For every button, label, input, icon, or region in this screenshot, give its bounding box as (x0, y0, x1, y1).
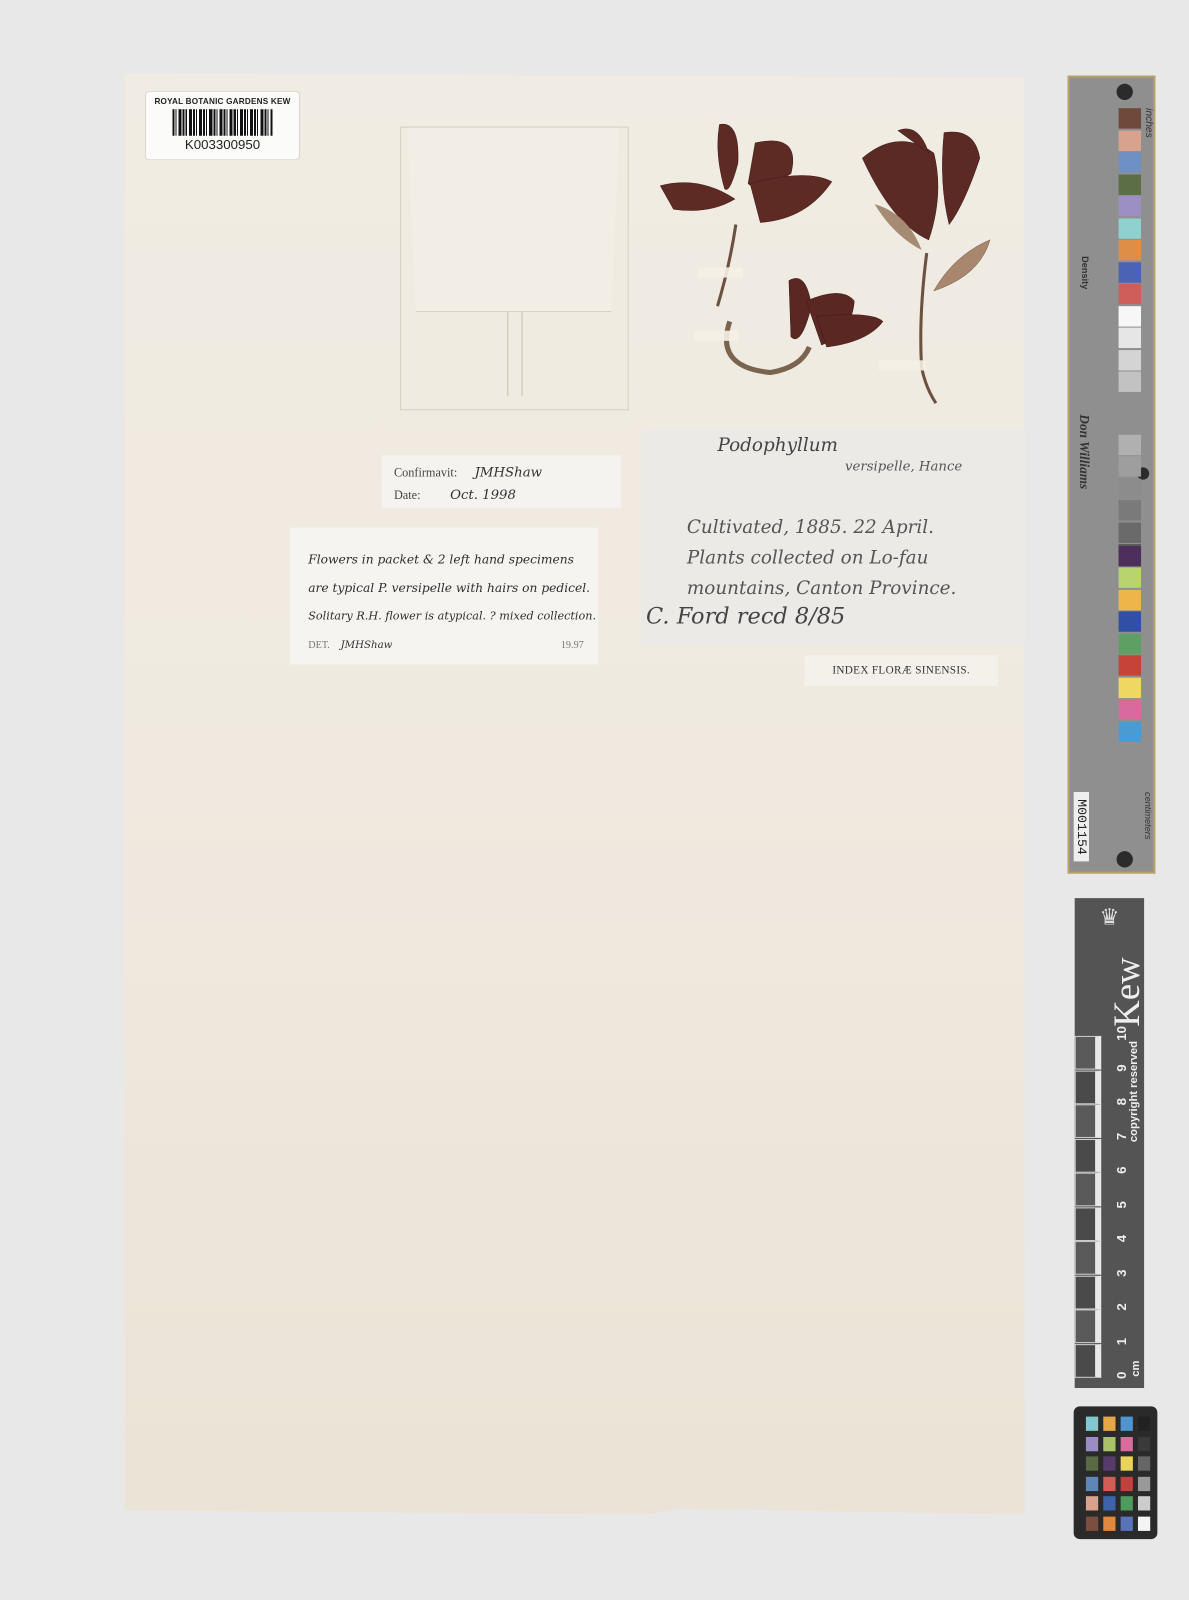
color-patch (1119, 655, 1141, 675)
ruler-tick-label: 2 (1114, 1297, 1129, 1317)
cm-unit-label: cm (1130, 1361, 1142, 1377)
checker-swatch (1138, 1456, 1150, 1470)
color-patch (1119, 478, 1141, 498)
checker-swatch (1138, 1417, 1150, 1431)
determination-label: Flowers in packet & 2 left hand specimen… (290, 528, 598, 665)
color-patch (1119, 589, 1141, 609)
kew-logo: Kew (1105, 957, 1148, 1026)
checker-swatch (1086, 1456, 1098, 1470)
checker-swatch (1138, 1476, 1150, 1490)
checker-swatch (1121, 1417, 1133, 1431)
collector-signature: C. Ford recd 8/85 (646, 604, 845, 630)
checker-swatch (1103, 1456, 1115, 1470)
det-note-line: Solitary R.H. flower is atypical. ? mixe… (308, 609, 596, 622)
ruler-tick-label: 7 (1114, 1126, 1129, 1146)
ruler-segment (1075, 1070, 1102, 1104)
det-year: 19.97 (561, 640, 584, 651)
color-patch (1119, 611, 1141, 631)
ruler-segment (1075, 1275, 1102, 1309)
taxon-genus: Podophyllum (717, 435, 837, 456)
ruler-tick-label: 0 (1114, 1365, 1129, 1385)
color-bar-id: M001154 (1074, 792, 1089, 861)
confirmation-label: Confirmavit: JMHShaw Date: Oct. 1998 (382, 455, 621, 508)
taxon-species: versipelle, Hance (845, 459, 962, 474)
ruler-segment (1075, 1138, 1102, 1172)
specimen-flowers (638, 112, 1005, 408)
det-key: DET. (308, 640, 330, 651)
color-patch (1119, 218, 1141, 238)
herbarium-sheet-photo: ROYAL BOTANIC GARDENS KEW K003300950 (0, 0, 1189, 1600)
color-patch (1119, 306, 1141, 326)
ruler-segment (1075, 1344, 1102, 1378)
checker-swatch (1103, 1436, 1115, 1450)
checker-swatch (1138, 1516, 1150, 1530)
kew-scale-ruler: ♛ Kew copyright reserved cm 012345678910 (1075, 898, 1144, 1388)
barcode-icon (172, 109, 272, 136)
color-patch (1119, 196, 1141, 216)
checker-swatch (1086, 1436, 1098, 1450)
ruler-tick-label: 9 (1114, 1057, 1129, 1077)
ruler-tick-label: 3 (1114, 1262, 1129, 1282)
copyright-text: copyright reserved (1128, 1041, 1140, 1142)
checker-swatch (1086, 1496, 1098, 1510)
color-patch (1119, 677, 1141, 697)
checker-swatch (1086, 1516, 1098, 1530)
checker-swatch (1121, 1436, 1133, 1450)
ruler-tick-label: 10 (1114, 1023, 1129, 1043)
density-label: Density (1080, 256, 1090, 289)
checker-swatch (1103, 1476, 1115, 1490)
checker-swatch (1121, 1496, 1133, 1510)
packet-slit (522, 312, 523, 396)
date-value: Oct. 1998 (450, 488, 516, 503)
color-patch (1119, 328, 1141, 348)
color-patch (1119, 262, 1141, 282)
color-patch (1119, 130, 1141, 150)
checker-swatch (1086, 1417, 1098, 1431)
fragment-packet (400, 127, 629, 411)
ruler-tick-label: 6 (1114, 1160, 1129, 1180)
color-patch (1119, 721, 1141, 741)
color-patch (1119, 108, 1141, 128)
ruler-segment (1075, 1036, 1102, 1070)
packet-slit (507, 312, 508, 396)
color-patch (1119, 567, 1141, 587)
checker-swatch (1138, 1496, 1150, 1510)
ruler-tick-label: 5 (1114, 1194, 1129, 1214)
collection-label: Podophyllum versipelle, Hance Cultivated… (641, 429, 1026, 645)
checker-swatch (1086, 1476, 1098, 1490)
barcode-number: K003300950 (146, 137, 299, 152)
color-patch (1119, 152, 1141, 172)
color-calibration-bar: inches Density Don Williams centimeters … (1068, 76, 1156, 874)
det-note-line: are typical P. versipelle with hairs on … (308, 581, 590, 595)
specimen-tape (694, 331, 739, 341)
color-patch (1119, 546, 1141, 566)
color-patch (1119, 633, 1141, 653)
color-patch (1119, 174, 1141, 194)
checker-swatch (1103, 1516, 1115, 1530)
det-note-line: Flowers in packet & 2 left hand specimen… (308, 552, 574, 566)
checker-swatch (1103, 1417, 1115, 1431)
color-checker-card (1074, 1406, 1158, 1539)
confirm-key: Confirmavit: (394, 465, 457, 479)
ruler-segment (1075, 1173, 1102, 1207)
ruler-segment (1075, 1309, 1102, 1343)
ruler-segment (1075, 1104, 1102, 1138)
color-patch (1119, 371, 1141, 391)
color-patch (1119, 699, 1141, 719)
color-patch (1119, 434, 1141, 454)
packet-flap (407, 128, 619, 313)
color-patch (1119, 522, 1141, 542)
hole-icon (1117, 851, 1133, 867)
institution-name: ROYAL BOTANIC GARDENS KEW (146, 97, 299, 106)
specimen-tape (879, 360, 926, 370)
inches-label: inches (1143, 108, 1154, 138)
centimeters-label: centimeters (1143, 792, 1153, 839)
barcode-label: ROYAL BOTANIC GARDENS KEW K003300950 (146, 92, 299, 159)
specimen-tape (698, 267, 743, 277)
color-patch (1119, 500, 1141, 520)
ruler-tick-label: 8 (1114, 1092, 1129, 1112)
checker-swatch (1121, 1516, 1133, 1530)
det-value: JMHShaw (341, 640, 393, 651)
color-patch (1119, 456, 1141, 476)
color-patch (1119, 284, 1141, 304)
date-key: Date: (394, 488, 421, 502)
confirm-value: JMHShaw (475, 465, 542, 480)
ruler-segment (1075, 1241, 1102, 1275)
collection-line: mountains, Canton Province. (687, 578, 957, 599)
det-row: DET. JMHShaw 19.97 (308, 640, 584, 651)
collection-line: Plants collected on Lo-fau (687, 547, 929, 568)
crest-icon: ♛ (1093, 904, 1126, 933)
color-patch (1119, 350, 1141, 370)
ruler-tick-label: 4 (1114, 1228, 1129, 1248)
ruler-segment (1075, 1207, 1102, 1241)
hole-icon (1117, 84, 1133, 100)
brand-label: Don Williams (1076, 414, 1092, 489)
checker-swatch (1103, 1496, 1115, 1510)
checker-swatch (1121, 1476, 1133, 1490)
ruler-tick-label: 1 (1114, 1331, 1129, 1351)
collection-line: Cultivated, 1885. 22 April. (687, 516, 934, 537)
checker-swatch (1121, 1456, 1133, 1470)
index-florae-label: INDEX FLORÆ SINENSIS. (804, 655, 998, 686)
color-patch (1119, 240, 1141, 260)
checker-swatch (1138, 1436, 1150, 1450)
